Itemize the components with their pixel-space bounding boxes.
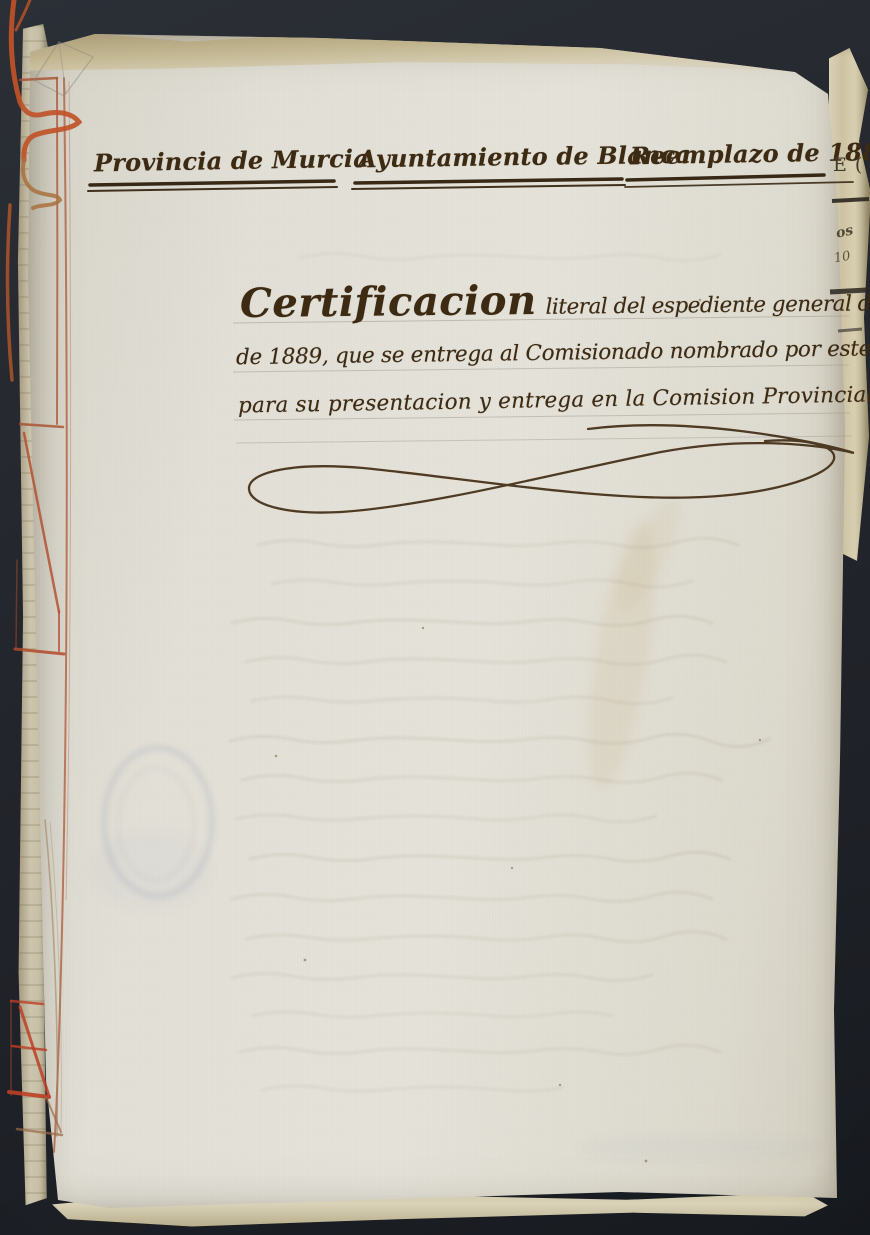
adjacent-page-fragment: E ( <box>833 154 863 176</box>
weathered-top-edge <box>24 30 846 82</box>
manuscript-photo: Provincia de Murcia Ayuntamiento de Blan… <box>0 0 870 1235</box>
body-lead-word: Certificacion <box>240 277 537 327</box>
header-province: Provincia de Murcia <box>94 144 369 178</box>
document-page <box>24 30 846 1218</box>
body-line-1-rest: literal del espediente general del reemp… <box>545 290 870 320</box>
body-line-1: Certificacionliteral del espediente gene… <box>240 272 870 327</box>
adjacent-page-fragment: 10 <box>833 249 852 267</box>
